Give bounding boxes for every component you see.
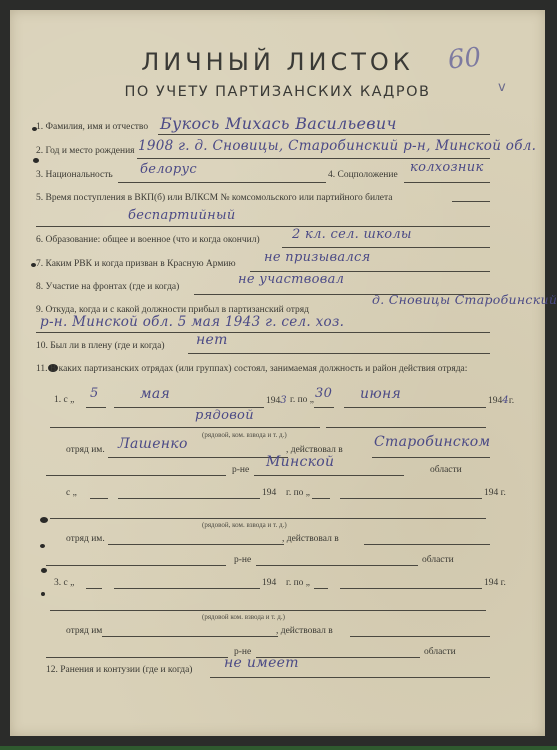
entry-1-from-year-suffix: 3 — [280, 395, 287, 406]
entry-1-district-line — [46, 475, 226, 476]
entry-2-district-line — [46, 565, 226, 566]
punch-hole-mark — [41, 592, 45, 596]
field-4-value: колхозник — [410, 160, 484, 175]
document-page: ЛИЧНЫЙ ЛИСТОК 60 ПО УЧЕТУ ПАРТИЗАНСКИХ К… — [10, 10, 545, 736]
entry-1-from-month: мая — [140, 386, 170, 402]
entry-2-position-hint: (рядовой, ком. взвода и т. д.) — [202, 521, 287, 529]
entry-1-rne-label: р-не — [232, 465, 249, 475]
field-3-line — [118, 182, 326, 183]
entry-1-position-hint: (рядовой, ком. взвода и т. д.) — [202, 431, 287, 439]
entry-1-position: рядовой — [195, 408, 254, 423]
entry-1-to-month: июня — [360, 386, 401, 402]
field-9-value-line1: д. Сновицы Старобинский — [372, 292, 557, 307]
bottom-border-strip — [0, 746, 557, 750]
entry-1-oblast-label: области — [430, 465, 462, 475]
field-5-label: 5. Время поступления в ВКП(б) или ВЛКСМ … — [36, 193, 393, 203]
field-5-value: беспартийный — [128, 208, 236, 223]
field-2-value: 1908 г. д. Сновицы, Старобинский р-н, Ми… — [138, 138, 536, 154]
entry-2-otryad-line — [108, 544, 284, 545]
punch-hole-mark — [40, 517, 48, 523]
entry-1-acted-line — [372, 457, 490, 458]
field-5-dash — [452, 201, 490, 202]
field-1-value: Букось Михась Васильевич — [160, 114, 397, 133]
entry-1-position-line — [50, 427, 320, 428]
entry-2-oblast-line — [256, 565, 418, 566]
sheet-number-handwritten: 60 — [447, 42, 483, 75]
entry-1-otryad-label: отряд им. — [66, 445, 105, 455]
entry-3-from-day-line — [86, 588, 102, 589]
entry-3-from-prefix: 3. с „ — [54, 578, 74, 588]
entry-3-otryad-line — [102, 636, 278, 637]
entry-1-to-month-line — [344, 407, 486, 408]
entry-3-position-line — [50, 610, 486, 611]
entry-3-acted-label: , действовал в — [276, 626, 333, 636]
field-3-value: белорус — [140, 162, 197, 177]
entry-2-otryad-label: отряд им. — [66, 534, 105, 544]
entry-2-from-prefix: с „ — [66, 488, 77, 498]
field-3-label: 3. Национальность — [36, 170, 113, 180]
entry-2-acted-line — [364, 544, 490, 545]
entry-2-acted-label: , действовал в — [282, 534, 339, 544]
entry-2-g-po: г. по „ — [286, 488, 310, 498]
entry-2-position-line-2 — [456, 518, 486, 519]
field-12-label: 12. Ранения и контузии (где и когда) — [46, 665, 192, 675]
entry-1-acted: Старобинском — [374, 434, 490, 450]
entry-1-oblast: Минской — [266, 454, 334, 470]
entry-3-otryad-label: отряд им — [66, 626, 102, 636]
entry-1-from-prefix: 1. с „ — [54, 395, 74, 405]
entry-3-to-day-line — [314, 588, 328, 589]
entry-3-to-month-line — [340, 588, 482, 589]
punch-hole-mark — [40, 544, 45, 548]
entry-2-to-month-line — [340, 498, 482, 499]
entry-3-district-line — [46, 657, 228, 658]
entry-1-to-year-suffix: 4 — [502, 395, 509, 406]
field-10-value: нет — [196, 332, 228, 348]
punch-hole-mark — [33, 158, 39, 163]
entry-1-to-year: 1944г. — [488, 395, 514, 406]
entry-2-oblast-label: области — [422, 555, 454, 565]
field-2-line — [137, 158, 490, 159]
field-2-label: 2. Год и место рождения — [36, 146, 135, 156]
entry-2-position-line — [50, 518, 470, 519]
entry-3-g-po: г. по „ — [286, 578, 310, 588]
field-4-label: 4. Соцположение — [328, 170, 398, 180]
entry-1-from-day: 5 — [90, 386, 99, 401]
field-10-line — [188, 353, 490, 354]
field-1-line — [158, 134, 490, 135]
entry-3-to-year: 194 г. — [484, 578, 506, 588]
field-7-label: 7. Каким РВК и когда призван в Красную А… — [36, 259, 236, 269]
punch-hole-mark — [41, 568, 47, 573]
field-12-line — [210, 677, 490, 678]
entry-2-to-year: 194 г. — [484, 488, 506, 498]
entry-2-to-day-line — [312, 498, 330, 499]
entry-1-to-day-line — [314, 407, 334, 408]
entry-1-to-day: 30 — [315, 386, 332, 401]
entry-3-from-month-line — [114, 588, 260, 589]
field-1-label: 1. Фамилия, имя и отчество — [36, 122, 148, 132]
field-9-line — [36, 332, 490, 333]
entry-3-acted-line — [350, 636, 490, 637]
entry-1-from-year: 1943 — [266, 395, 287, 406]
field-10-label: 10. Был ли в плену (где и когда) — [36, 341, 165, 351]
field-9-value-line2: р-н. Минской обл. 5 мая 1943 г. сел. хоз… — [40, 314, 344, 330]
entry-1-oblast-line — [254, 475, 404, 476]
entry-1-g-po: г. по „ — [290, 395, 314, 405]
entry-2-from-day-line — [90, 498, 108, 499]
document-subtitle: ПО УЧЕТУ ПАРТИЗАНСКИХ КАДРОВ — [10, 84, 545, 100]
entry-1-from-day-line — [86, 407, 106, 408]
entry-3-oblast-label: области — [424, 647, 456, 657]
field-7-value: не призывался — [264, 250, 371, 265]
entry-1-position-line-2 — [326, 427, 486, 428]
entry-2-from-month-line — [118, 498, 260, 499]
field-6-value: 2 кл. сел. школы — [292, 227, 412, 242]
entry-3-position-hint: (рядовой ком. взвода и т. д.) — [202, 613, 285, 621]
field-4-line — [404, 182, 490, 183]
entry-1-otryad: Лашенко — [118, 436, 188, 452]
field-11-label: 11. В каких партизанских отрядах (или гр… — [36, 362, 496, 376]
field-6-label: 6. Образование: общее и военное (что и к… — [36, 235, 260, 245]
entry-2-from-year: 194 — [262, 488, 276, 498]
check-mark: v — [498, 80, 506, 95]
entry-1-otryad-line — [108, 457, 288, 458]
field-12-value: не имеет — [224, 655, 299, 671]
entry-3-from-year: 194 — [262, 578, 276, 588]
field-8-label: 8. Участие на фронтах (где и когда) — [36, 282, 179, 292]
entry-2-rne-label: р-не — [234, 555, 251, 565]
field-5-line — [36, 226, 490, 227]
field-6-line — [282, 247, 490, 248]
field-8-value: не участвовал — [238, 272, 344, 287]
